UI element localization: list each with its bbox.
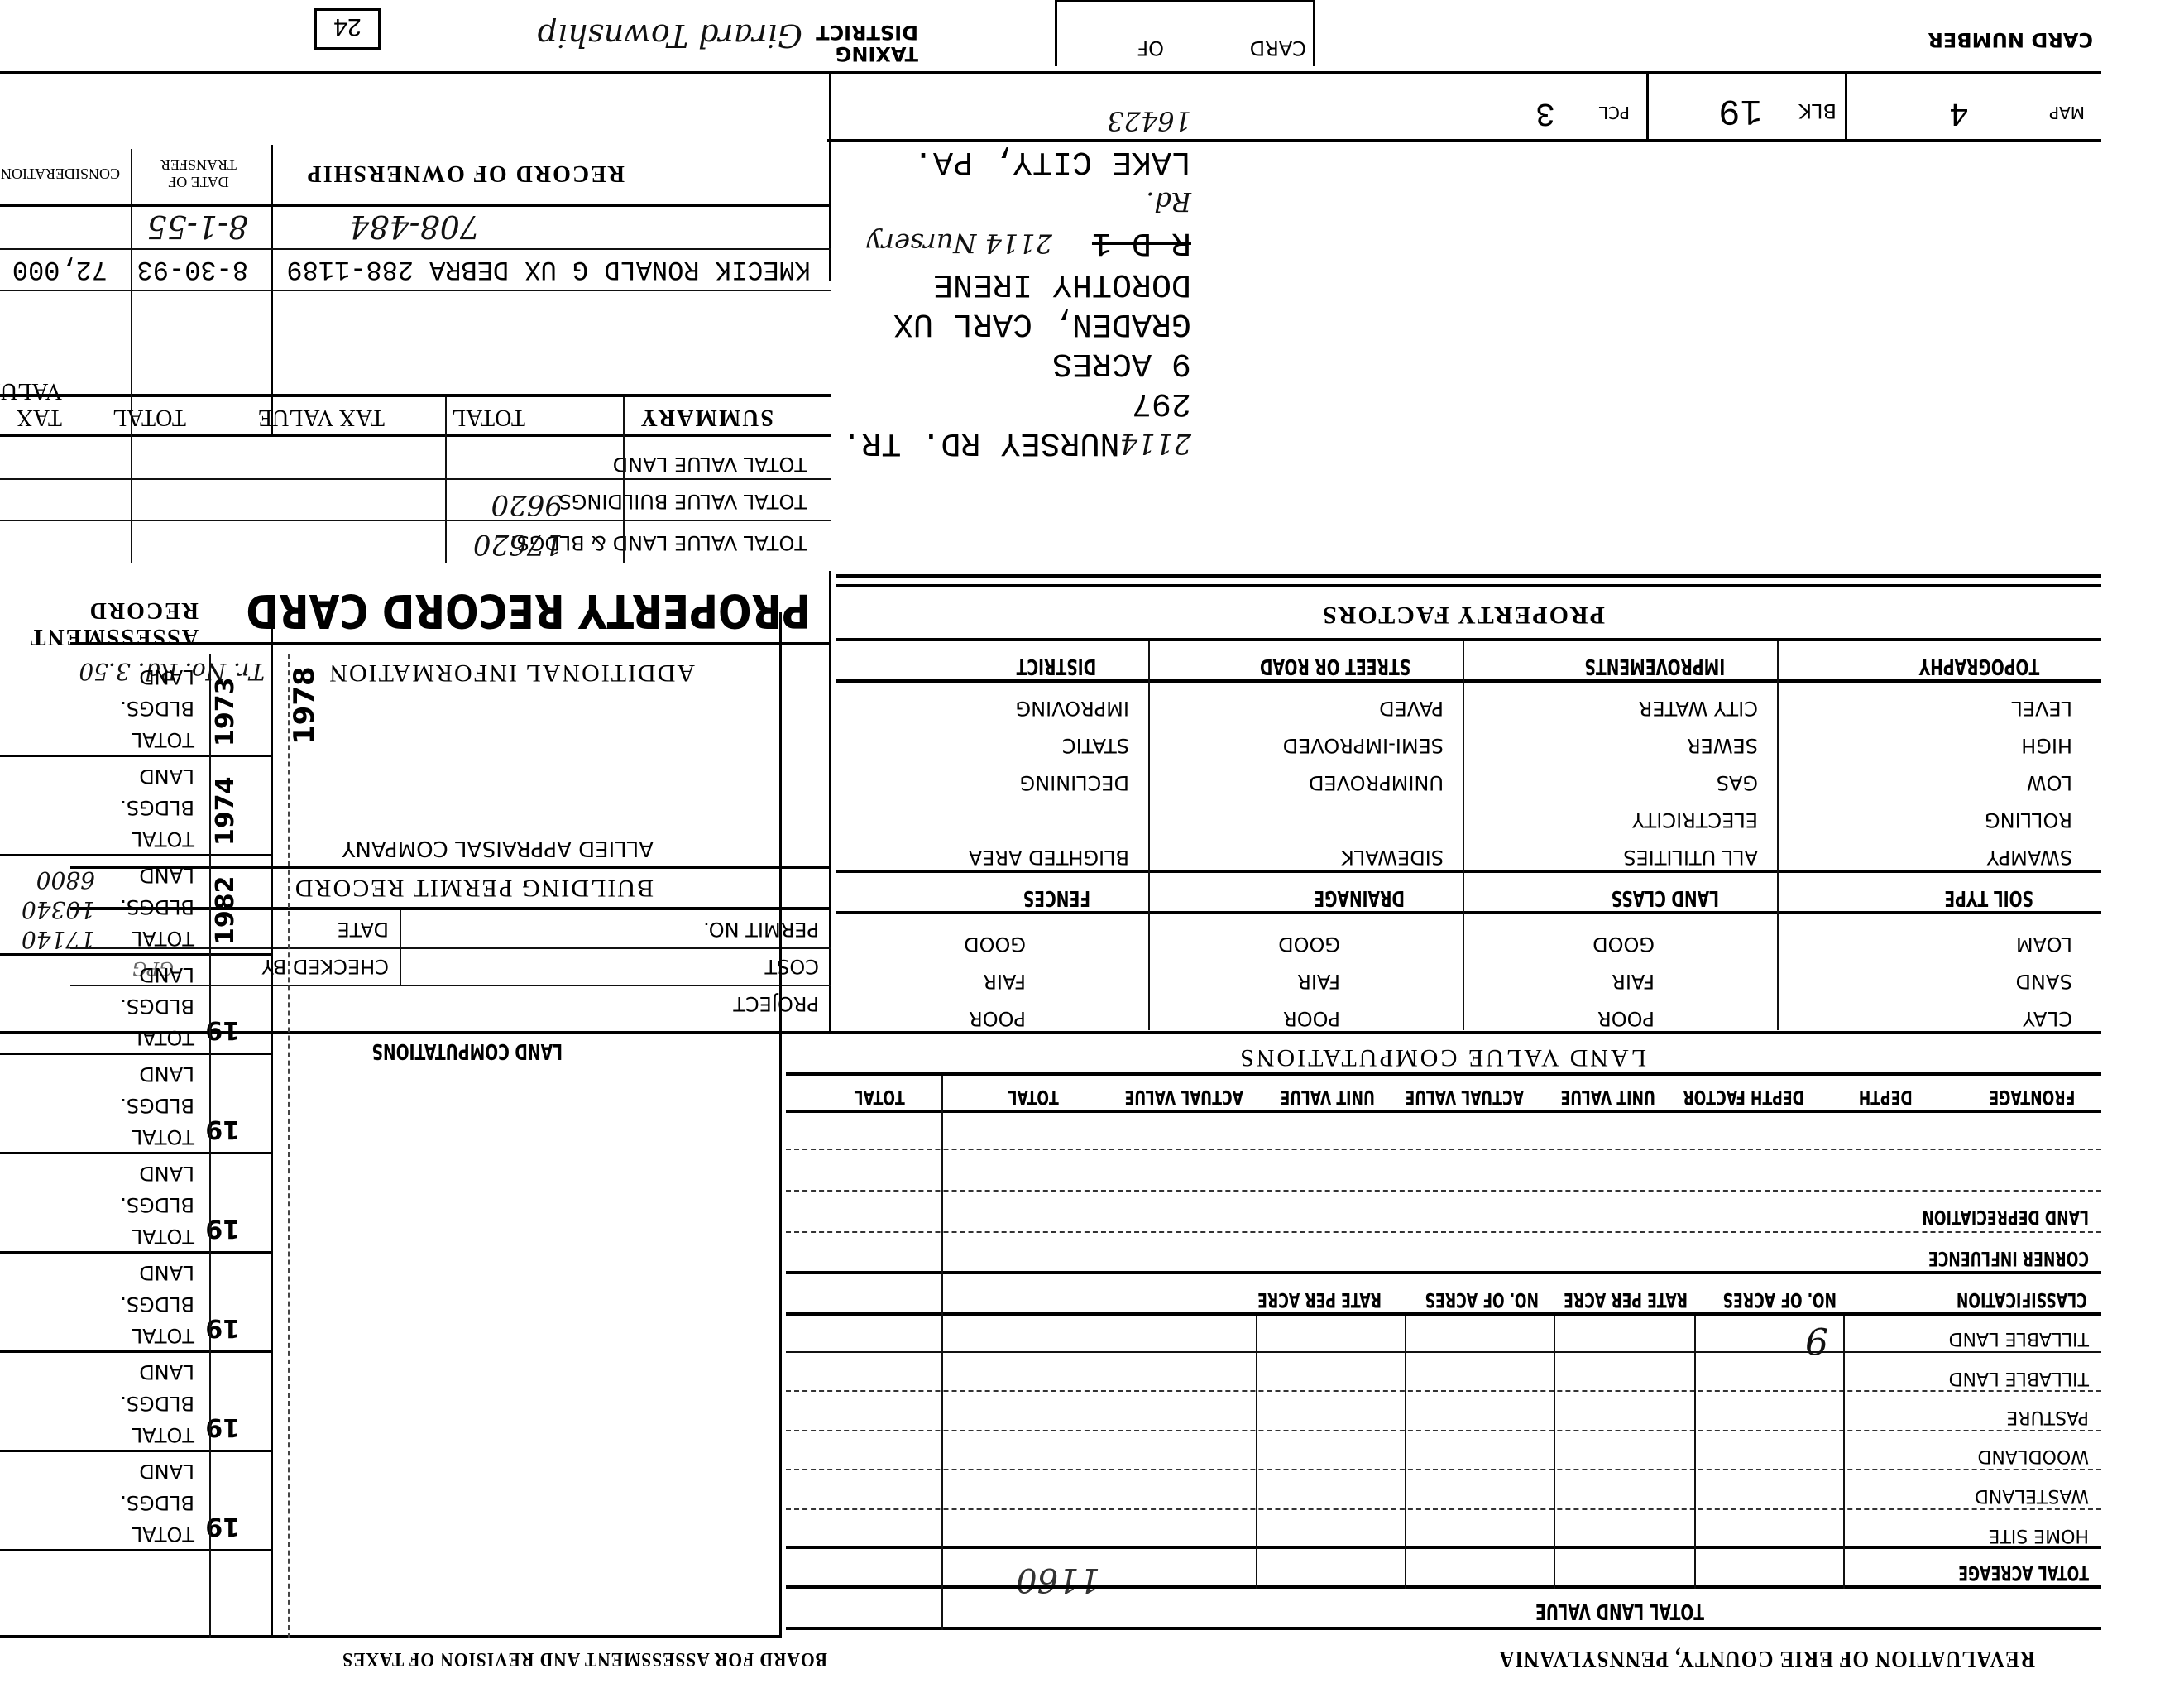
assessment-record-title: ASSESSMENT RECORD bbox=[0, 597, 199, 650]
card-title: PROPERTY RECORD CARD bbox=[246, 583, 811, 637]
card-of-box: CARD OF bbox=[1055, 0, 1315, 66]
ownership-title: RECORD OF OWNERSHIP bbox=[306, 160, 625, 186]
property-record-card-sheet: CARD NUMBER CARD OF TAXING DISTRICT Gira… bbox=[0, 0, 2184, 1688]
divider bbox=[836, 638, 2101, 641]
permit-cost-label: COST bbox=[764, 955, 819, 978]
assessment-block: 1982 LAND BLDGS. TOTAL 6800 10340 17140 bbox=[0, 858, 273, 956]
divider bbox=[836, 584, 2101, 587]
assessment-block: 1974 LAND BLDGS. TOTAL bbox=[0, 759, 273, 856]
pcl-cell: PCL 3 bbox=[1406, 74, 1638, 141]
divider bbox=[1554, 1316, 1555, 1589]
factor-semi-improved[interactable]: SEMI-IMPROVED bbox=[1150, 720, 1464, 757]
permit-checked-by-label: CHECKED BY bbox=[261, 955, 389, 978]
address-prefix-handwritten: 2114 bbox=[1119, 427, 1191, 460]
ownership-deed: 708-484 bbox=[349, 209, 480, 245]
summary-land-label: TOTAL VALUE LAND bbox=[613, 453, 807, 476]
divider bbox=[0, 290, 831, 291]
assessment-block: 19 LAND BLDGS. TOTAL bbox=[0, 957, 273, 1055]
summary-buildings-label: TOTAL VALUE BUILDINGS bbox=[559, 490, 807, 513]
total-acreage-value: 1160 bbox=[1016, 1561, 1100, 1599]
divider bbox=[623, 397, 625, 563]
factor-declining[interactable]: DECLINING bbox=[836, 757, 1150, 794]
assessment-bldgs-value: 10340 bbox=[22, 896, 95, 923]
divider bbox=[209, 654, 211, 1638]
taxing-district-label: TAXING DISTRICT bbox=[811, 22, 918, 65]
factor-swampy[interactable]: SWAMPY bbox=[1779, 832, 2093, 869]
additional-info-title: ADDITIONAL INFORMATION bbox=[328, 659, 695, 687]
land-value-header-row: FRONTAGE DEPTH DEPTH FACTOR UNIT VALUE A… bbox=[786, 1076, 2093, 1109]
property-factors-title: PROPERTY FACTORS bbox=[1321, 601, 1605, 629]
ownership-row: 708-484 8-1-55 bbox=[0, 207, 827, 248]
ownership-deed: 288-1189 bbox=[286, 254, 414, 285]
ownership-name: KMECIK RONALD G UX DEBRA bbox=[429, 254, 811, 285]
factor-electricity[interactable]: ELECTRICITY bbox=[1464, 794, 1779, 832]
divider bbox=[445, 397, 447, 563]
summary-buildings-total: 9620 bbox=[491, 488, 563, 521]
assessment-year: 1973 bbox=[211, 678, 240, 747]
assessment-block: 19 LAND BLDGS. TOTAL bbox=[0, 1454, 273, 1551]
divider bbox=[1463, 641, 1464, 1030]
property-address-block: 2114NURSEY RD. TR. 297 9 ACRES GRADEN, C… bbox=[819, 99, 1191, 463]
assessment-block: 1973 LAND BLDGS. TOTAL bbox=[0, 659, 273, 757]
mail-line2: LAKE CITY, PA. bbox=[913, 142, 1191, 180]
box-number: 24 bbox=[314, 8, 381, 50]
ownership-row: KMECIK RONALD G UX DEBRA 288-1189 8-30-9… bbox=[0, 250, 827, 290]
divider bbox=[0, 1031, 2101, 1034]
map-cell: MAP 4 bbox=[1845, 74, 2093, 141]
divider bbox=[786, 1149, 2101, 1150]
card-number-label: CARD NUMBER bbox=[1928, 30, 2093, 50]
factor-paved[interactable]: PAVED bbox=[1150, 683, 1464, 720]
assessment-block: 19 LAND BLDGS. TOTAL bbox=[0, 1057, 273, 1154]
factor-level[interactable]: LEVEL bbox=[1779, 683, 2093, 720]
divider bbox=[786, 1546, 2101, 1549]
divider bbox=[786, 1469, 2101, 1470]
assessment-block: 19 LAND BLDGS. TOTAL bbox=[0, 1355, 273, 1452]
factor-blighted-area[interactable]: BLIGHTED AREA bbox=[836, 832, 1150, 869]
divider bbox=[0, 434, 831, 437]
land-computations-label: LAND COMPUTATIONS bbox=[372, 1038, 563, 1063]
divider bbox=[288, 654, 290, 1638]
factor-improving[interactable]: IMPROVING bbox=[836, 683, 1150, 720]
assessment-year: 1974 bbox=[211, 777, 240, 846]
divider bbox=[1694, 1316, 1696, 1589]
card-label: CARD bbox=[1250, 36, 1306, 60]
factor-rolling[interactable]: ROLLING bbox=[1779, 794, 2093, 832]
divider bbox=[786, 1190, 2101, 1192]
tillable-land-row: TILLABLE LAND bbox=[1949, 1328, 2089, 1349]
factor-sidewalk[interactable]: SIDEWALK bbox=[1150, 832, 1464, 869]
permit-date-label: DATE bbox=[338, 918, 389, 941]
divider bbox=[779, 612, 782, 1638]
factor-unimproved[interactable]: UNIMPROVED bbox=[1150, 757, 1464, 794]
factor-low[interactable]: LOW bbox=[1779, 757, 2093, 794]
assessment-land-value: 6800 bbox=[36, 866, 95, 894]
divider bbox=[0, 478, 831, 480]
factor-static[interactable]: STATIC bbox=[836, 720, 1150, 757]
divider bbox=[1256, 1316, 1257, 1589]
divider bbox=[786, 1627, 2101, 1630]
building-permit-title: BUILDING PERMIT RECORD bbox=[294, 874, 654, 902]
factor-high[interactable]: HIGH bbox=[1779, 720, 2093, 757]
ownership-table: RECORD OF OWNERSHIP DATE OF TRANSFER CON… bbox=[0, 132, 831, 207]
divider bbox=[1843, 1316, 1845, 1589]
factor-sewer[interactable]: SEWER bbox=[1464, 720, 1779, 757]
tillable-land-row-2: TILLABLE LAND bbox=[1949, 1368, 2089, 1388]
land-value-title: LAND VALUE COMPUTATIONS bbox=[1238, 1043, 1646, 1072]
divider bbox=[786, 1110, 2101, 1113]
card-of-label: OF bbox=[1137, 36, 1164, 60]
pcl-value: 3 bbox=[1535, 94, 1555, 131]
divider bbox=[786, 1231, 2101, 1233]
header-revaluation: REVALUATION OF ERIE COUNTY, PENNSYLVANIA bbox=[1498, 1645, 2035, 1671]
divider bbox=[0, 1635, 782, 1638]
ownership-date: 8-30-93 bbox=[137, 254, 248, 285]
summary-title: SUMMARY bbox=[639, 404, 773, 430]
assessment-block: 19 LAND BLDGS. TOTAL bbox=[0, 1156, 273, 1254]
pasture-row: PASTURE bbox=[2006, 1407, 2089, 1427]
permit-no-label: PERMIT NO. bbox=[703, 918, 819, 941]
owner-name: GRADEN, CARL UX DOROTHY IRENE bbox=[819, 263, 1191, 343]
property-factors-header-row-2: SOIL TYPE LAND CLASS DRAINAGE FENCES bbox=[836, 874, 2093, 910]
blk-cell: BLK 19 bbox=[1646, 74, 1845, 141]
divider bbox=[400, 910, 401, 985]
appraisal-company: ALLIED APPRAISAL COMPANY bbox=[342, 836, 654, 861]
summary-land-bldgs-total: 17620 bbox=[473, 528, 563, 561]
divider bbox=[786, 1351, 2101, 1353]
wasteland-row: WASTELAND bbox=[1975, 1485, 2089, 1506]
classification-header-row: CLASSIFICATION NO. OF ACRES RATE PER ACR… bbox=[786, 1274, 2093, 1312]
divider bbox=[829, 571, 831, 1034]
blk-value: 19 bbox=[1718, 89, 1762, 131]
divider bbox=[1148, 641, 1150, 1030]
woodland-row: WOODLAND bbox=[1977, 1446, 2089, 1466]
corner-influence-label: CORNER INFLUENCE bbox=[1928, 1247, 2089, 1270]
assessment-year: 1982 bbox=[211, 876, 240, 946]
divider bbox=[0, 520, 831, 521]
factor-gas[interactable]: GAS bbox=[1464, 757, 1779, 794]
taxing-district-value: Girard Township bbox=[537, 17, 802, 54]
mail-line1-struck: R D 1 bbox=[1092, 223, 1191, 261]
divider bbox=[786, 1312, 2101, 1316]
mail-zip-handwritten: 16423 bbox=[1107, 105, 1191, 137]
map-value: 4 bbox=[1949, 94, 1969, 131]
factor-city-water[interactable]: CITY WATER bbox=[1464, 683, 1779, 720]
soil-grid: CLAY POOR POOR POOR SAND FAIR FAIR FAIR … bbox=[836, 914, 2093, 1030]
property-factors-grid: SWAMPY ALL UTILITIES SIDEWALK BLIGHTED A… bbox=[836, 683, 2093, 869]
divider bbox=[836, 870, 2101, 873]
divider bbox=[941, 1076, 943, 1630]
property-factors-header-row: TOPOGRAPHY IMPROVEMENTS STREET OR ROAD D… bbox=[836, 642, 2093, 679]
property-acres: 9 ACRES bbox=[819, 343, 1191, 382]
assessment-total-value: 17140 bbox=[22, 926, 95, 953]
divider bbox=[1777, 641, 1779, 1030]
ownership-consideration: 72,000 bbox=[12, 254, 108, 285]
divider bbox=[786, 1508, 2101, 1510]
tillable-acres-value: 9 bbox=[1805, 1319, 1828, 1361]
divider bbox=[0, 394, 831, 397]
factor-all-utilities[interactable]: ALL UTILITIES bbox=[1464, 832, 1779, 869]
assessment-side-note: 1978 bbox=[288, 666, 321, 745]
divider bbox=[786, 1390, 2101, 1392]
divider bbox=[1405, 1316, 1406, 1589]
ownership-date: 8-1-55 bbox=[147, 209, 248, 245]
total-acreage-label: TOTAL ACREAGE bbox=[1958, 1561, 2089, 1585]
total-land-value-label: TOTAL LAND VALUE bbox=[1535, 1599, 1704, 1623]
divider bbox=[786, 1430, 2101, 1431]
land-depreciation-label: LAND DEPRECIATION bbox=[1922, 1206, 2089, 1229]
permit-project-label: PROJECT bbox=[733, 992, 819, 1015]
header-board: BOARD FOR ASSESSMENT AND REVISION OF TAX… bbox=[342, 1647, 827, 1670]
home-site-row: HOME SITE bbox=[1988, 1525, 2089, 1546]
divider bbox=[836, 574, 2101, 578]
divider bbox=[786, 1585, 2101, 1589]
assessment-block: 19 LAND BLDGS. TOTAL bbox=[0, 1255, 273, 1353]
